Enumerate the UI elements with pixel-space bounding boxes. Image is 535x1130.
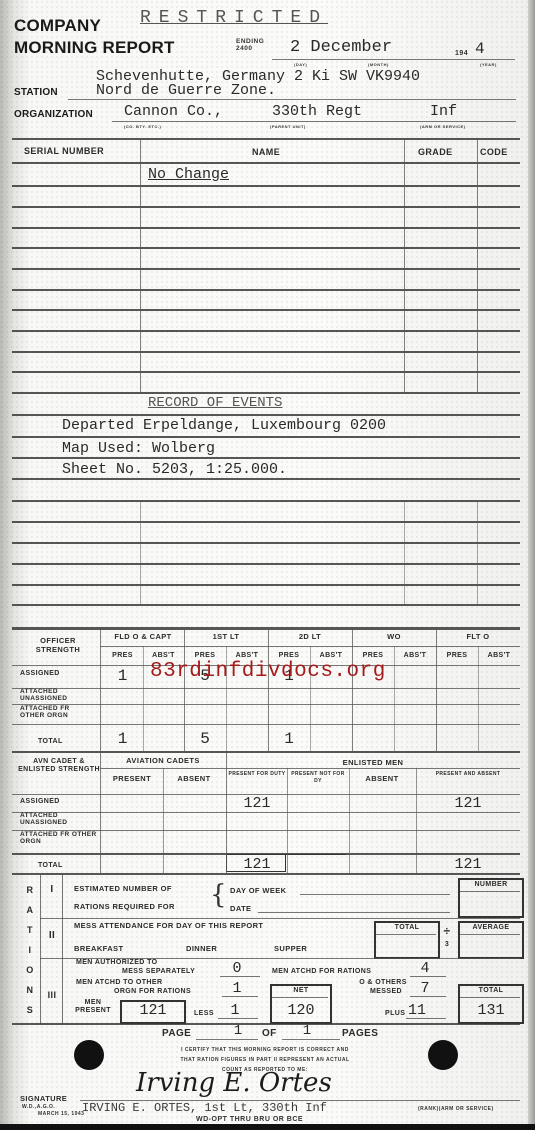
org-caption-parent: (PARENT UNIT) xyxy=(270,124,306,129)
sub-pres: PRES xyxy=(352,652,394,659)
signature-label: SIGNATURE xyxy=(20,1094,67,1103)
org-caption-company: (CO. BTY. ETC.) xyxy=(124,124,161,129)
date-caption-year: (YEAR) xyxy=(480,62,497,67)
rations-letter: A xyxy=(20,900,40,920)
event-line-1: Departed Erpeldange, Luxembourg 0200 xyxy=(62,417,386,434)
officer-assigned-fld-pres: 1 xyxy=(102,667,143,685)
enlisted-strength-header: AVN CADET & ENLISTED STRENGTH xyxy=(18,758,100,774)
punch-hole-left xyxy=(74,1040,104,1070)
form-title-line1: COMPANY xyxy=(14,16,101,36)
record-of-events-heading: RECORD OF EVENTS xyxy=(148,395,282,411)
enlisted-row-assigned: ASSIGNED xyxy=(20,798,60,805)
col-grade: GRADE xyxy=(418,147,453,157)
o-others-line1: O & OTHERS xyxy=(350,979,416,986)
event-line-3: Sheet No. 5203, 1:25.000. xyxy=(62,461,287,478)
form-id-line1: W.D.,A.G.O. xyxy=(22,1104,55,1110)
col-present-and-absent: PRESENT AND ABSENT xyxy=(418,771,518,778)
report-date: 2 December xyxy=(290,38,392,57)
divide-icon: ÷ xyxy=(440,924,454,938)
col-enlisted-absent: ABSENT xyxy=(350,774,414,783)
rations-letter: I xyxy=(20,940,40,960)
year-prefix: 194 xyxy=(455,50,468,57)
men-atchd-rations-value: 4 xyxy=(410,960,440,977)
total-value: 131 xyxy=(460,1002,522,1019)
net-label: NET xyxy=(272,987,330,994)
rations-letter: R xyxy=(20,880,40,900)
enlisted-row-attached-fr-other: ATTACHED FR OTHER ORGN xyxy=(20,831,98,845)
personnel-entry: No Change xyxy=(148,166,229,183)
divide-by-value: 3 xyxy=(440,941,454,948)
org-parent-unit: 330th Regt xyxy=(272,103,362,120)
station-line2: Nord de Guerre Zone. xyxy=(96,82,276,99)
men-atchd-other-line2: ORGN FOR RATIONS xyxy=(114,988,191,995)
signer-typed-name: IRVING E. ORTES, 1st Lt, 330th Inf xyxy=(82,1101,327,1115)
plus-label: PLUS xyxy=(385,1010,405,1017)
enlisted-assigned-present-absent: 121 xyxy=(418,795,518,812)
men-atchd-rations-label: MEN ATCHD FOR RATIONS xyxy=(272,968,371,975)
org-company: Cannon Co., xyxy=(124,103,223,120)
estimated-rations-line1: ESTIMATED NUMBER OF xyxy=(74,884,172,893)
net-value: 120 xyxy=(272,1002,330,1019)
col-present-not-for-duty: PRESENT NOT FOR DY xyxy=(288,771,348,785)
date-caption-month: (MONTH) xyxy=(368,62,389,67)
breakfast-label: BREAKFAST xyxy=(74,944,123,953)
ending-label-line1: ENDING xyxy=(236,38,264,45)
part-i-label: I xyxy=(42,884,62,895)
plus-value: 11 xyxy=(408,1002,426,1019)
form-title-line2: MORNING REPORT xyxy=(14,38,175,58)
men-atchd-other-value: 1 xyxy=(224,980,250,997)
scan-border xyxy=(0,1124,535,1130)
punch-hole-right xyxy=(428,1040,458,1070)
signer-caption: (RANK)(ARM OR SERVICE) xyxy=(418,1106,494,1112)
group-wo: WO xyxy=(352,632,436,641)
rations-letter: S xyxy=(20,1000,40,1020)
col-present-for-duty: PRESENT FOR DUTY xyxy=(228,771,286,778)
page-edge xyxy=(528,0,535,1130)
estimated-rations-line2: RATIONS REQUIRED FOR xyxy=(74,902,175,911)
col-cadets-absent: ABSENT xyxy=(164,774,224,783)
sub-abst: ABS'T xyxy=(478,652,520,659)
mess-attendance-label: MESS ATTENDANCE FOR DAY OF THIS REPORT xyxy=(74,921,263,930)
enlisted-assigned-present-duty: 121 xyxy=(228,795,286,812)
org-caption-arm: (ARM OR SERVICE) xyxy=(420,124,465,129)
men-authorized-line2: MESS SEPARATELY xyxy=(122,968,195,975)
sub-abst: ABS'T xyxy=(143,652,184,659)
officer-row-total: TOTAL xyxy=(38,738,63,745)
group-fld-o-capt: FLD O & CAPT xyxy=(102,632,184,641)
sub-abst: ABS'T xyxy=(394,652,436,659)
day-of-week-label: DAY OF WEEK xyxy=(230,886,287,895)
of-value: 1 xyxy=(292,1023,322,1039)
col-code: CODE xyxy=(480,147,508,157)
men-present-value: 121 xyxy=(122,1002,184,1019)
men-present-line2: PRESENT xyxy=(68,1007,118,1015)
officer-strength-header: OFFICER STRENGTH xyxy=(18,636,98,654)
sub-pres: PRES xyxy=(102,652,143,659)
rations-letter: O xyxy=(20,960,40,980)
morning-report-page: COMPANY MORNING REPORT RESTRICTED ENDING… xyxy=(0,0,535,1130)
ending-label: ENDING 2400 xyxy=(236,38,264,52)
men-present-label: MEN PRESENT xyxy=(68,999,118,1015)
officer-row-attached-unassigned: ATTACHED UNASSIGNED xyxy=(20,688,96,702)
sub-abst: ABS'T xyxy=(310,652,352,659)
officer-total-fld-pres: 1 xyxy=(102,730,143,748)
of-label: OF xyxy=(262,1028,277,1039)
total-label: TOTAL xyxy=(376,924,438,931)
certify-line-2: THAT RATION FIGURES IN PART II REPRESENT… xyxy=(140,1055,390,1065)
rations-letter: T xyxy=(20,920,40,940)
group-aviation-cadets: AVIATION CADETS xyxy=(102,756,224,765)
event-line-2: Map Used: Wolberg xyxy=(62,440,215,457)
total2-label: TOTAL xyxy=(460,987,522,994)
men-atchd-other-line1: MEN ATCHD TO OTHER xyxy=(76,979,162,986)
group-2d-lt: 2D LT xyxy=(268,632,352,641)
enlisted-total-present-absent: 121 xyxy=(418,856,518,873)
col-cadets-present: PRESENT xyxy=(102,774,162,783)
dinner-label: DINNER xyxy=(186,944,217,953)
part-ii-label: II xyxy=(42,930,62,941)
form-id-line2: MARCH 15, 1943 xyxy=(38,1111,84,1117)
part-iii-label: III xyxy=(42,990,62,1000)
average-label: AVERAGE xyxy=(460,924,522,931)
signature: Irving E. Ortes xyxy=(136,1068,332,1098)
date-label: DATE xyxy=(230,904,251,913)
page-label: PAGE xyxy=(162,1028,191,1039)
men-present-line1: MEN xyxy=(68,999,118,1007)
reprint-note: WD-OPT THRU BRU OR BCE xyxy=(196,1116,303,1123)
men-authorized-line1: MEN AUTHORIZED TO xyxy=(76,959,157,966)
sub-pres: PRES xyxy=(184,652,226,659)
classification-stamp: RESTRICTED xyxy=(140,8,328,28)
officer-row-assigned: ASSIGNED xyxy=(20,670,60,677)
date-caption-day: (DAY) xyxy=(294,62,307,67)
less-value: 1 xyxy=(222,1002,248,1019)
brace-icon: { xyxy=(210,880,227,910)
certify-line-1: I CERTIFY THAT THIS MORNING REPORT IS CO… xyxy=(140,1045,390,1055)
ending-label-line2: 2400 xyxy=(236,45,264,52)
officer-row-attached-fr-other: ATTACHED FR OTHER ORGN xyxy=(20,705,96,719)
station-label: STATION xyxy=(14,87,58,98)
group-flt-o: FLT O xyxy=(436,632,520,641)
officer-total-2lt-pres: 1 xyxy=(268,730,310,748)
less-label: LESS xyxy=(194,1010,214,1017)
men-authorized-value: 0 xyxy=(222,960,252,977)
group-enlisted-men: ENLISTED MEN xyxy=(226,758,520,767)
supper-label: SUPPER xyxy=(274,944,307,953)
number-label: NUMBER xyxy=(460,881,522,888)
rations-side-label: R A T I O N S xyxy=(20,880,40,1020)
organization-label: ORGANIZATION xyxy=(14,109,93,120)
officer-total-1lt-pres: 5 xyxy=(184,730,226,748)
pages-label: PAGES xyxy=(342,1028,378,1039)
enlisted-row-total: TOTAL xyxy=(38,862,63,869)
rations-letter: N xyxy=(20,980,40,1000)
col-serial-number: SERIAL NUMBER xyxy=(24,146,104,156)
enlisted-total-present-duty: 121 xyxy=(228,856,286,873)
enlisted-row-attached-unassigned: ATTACHED UNASSIGNED xyxy=(20,812,98,826)
watermark: 83rdinfdivdocs.org xyxy=(150,660,386,683)
org-arm: Inf xyxy=(430,103,457,120)
o-others-line2: MESSED xyxy=(370,988,402,995)
sub-abst: ABS'T xyxy=(226,652,268,659)
o-others-value: 7 xyxy=(412,980,438,997)
col-name: NAME xyxy=(252,147,280,157)
sub-pres: PRES xyxy=(268,652,310,659)
group-1st-lt: 1ST LT xyxy=(184,632,268,641)
page-value: 1 xyxy=(218,1023,258,1039)
sub-pres: PRES xyxy=(436,652,478,659)
year-value: 4 xyxy=(475,40,485,58)
